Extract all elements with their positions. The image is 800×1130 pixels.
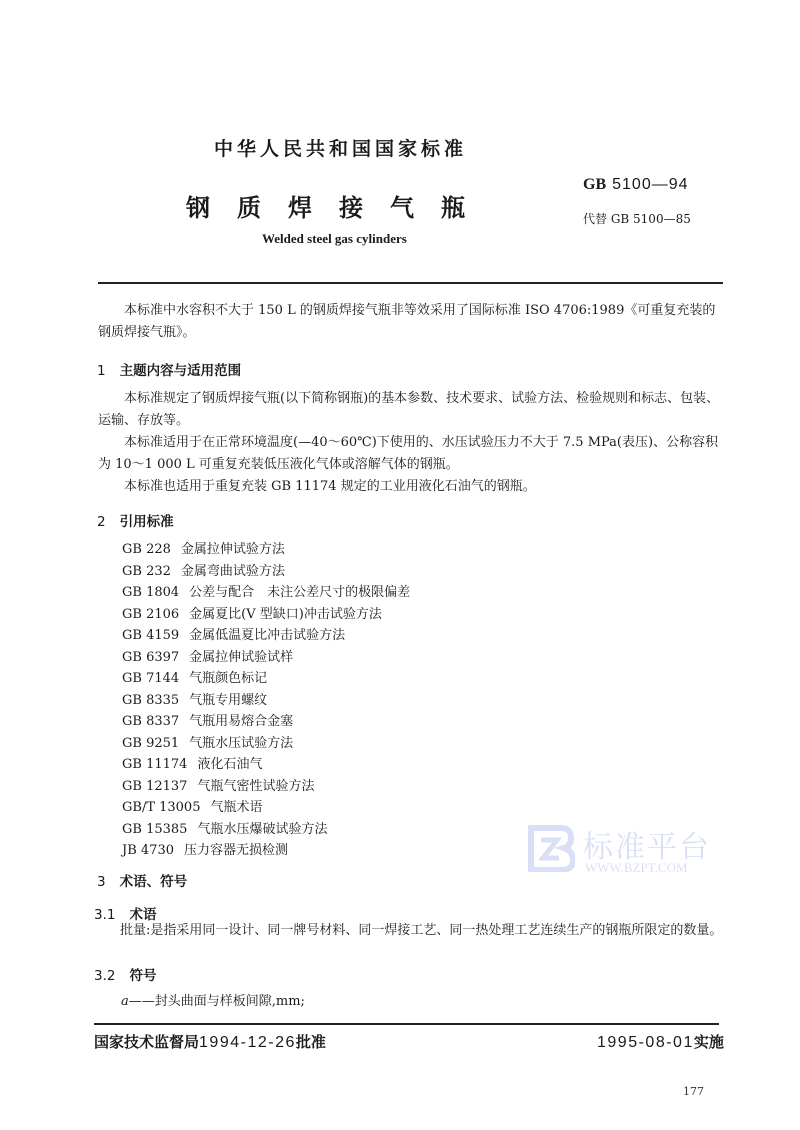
- approval-statement: 国家技术监督局1994-12-26批准: [94, 1031, 326, 1052]
- reference-code: GB 2106: [122, 604, 179, 626]
- reference-title: 气瓶颜色标记: [189, 671, 267, 686]
- reference-item: GB 7144气瓶颜色标记: [122, 668, 410, 690]
- reference-item: GB 11174液化石油气: [122, 754, 410, 776]
- reference-title: 液化石油气: [197, 757, 262, 772]
- reference-title: 气瓶水压爆破试验方法: [197, 822, 327, 837]
- section-title: 主题内容与适用范围: [120, 363, 242, 379]
- section-2-heading: 2引用标准: [97, 510, 174, 530]
- reference-code: GB 7144: [122, 668, 179, 690]
- reference-title: 公差与配合 未注公差尺寸的极限偏差: [189, 585, 410, 600]
- standard-code-prefix: GB: [583, 176, 606, 193]
- reference-code: GB 4159: [122, 625, 179, 647]
- symbol-description: ——封头曲面与样板间隙,mm;: [129, 994, 305, 1009]
- reference-code: GB 228: [122, 539, 171, 561]
- watermark: 标准平台 WWW.BZPT.COM: [527, 822, 727, 880]
- reference-item: GB 15385气瓶水压爆破试验方法: [122, 819, 410, 841]
- reference-item: GB 9251气瓶水压试验方法: [122, 733, 410, 755]
- reference-title: 气瓶术语: [210, 800, 262, 815]
- reference-title: 金属夏比(V 型缺口)冲击试验方法: [189, 607, 382, 622]
- reference-code: GB 12137: [122, 776, 187, 798]
- section-3-1-definition: 批量:是指采用同一设计、同一牌号材料、同一焊接工艺、同一热处理工艺连续生产的钢瓶…: [94, 920, 724, 942]
- reference-code: GB 8337: [122, 711, 179, 733]
- reference-list: GB 228金属拉伸试验方法 GB 232金属弯曲试验方法 GB 1804公差与…: [122, 539, 410, 862]
- document-title-cn: 钢质焊接气瓶: [186, 188, 492, 223]
- reference-title: 气瓶专用螺纹: [189, 693, 267, 708]
- subsection-title: 符号: [129, 968, 156, 984]
- reference-item: GB 228金属拉伸试验方法: [122, 539, 410, 561]
- reference-title: 金属拉伸试验试样: [189, 650, 293, 665]
- section-1-heading: 1主题内容与适用范围: [97, 359, 241, 379]
- reference-code: GB 11174: [122, 754, 187, 776]
- reference-item: GB 6397金属拉伸试验试样: [122, 647, 410, 669]
- reference-title: 金属拉伸试验方法: [181, 542, 285, 557]
- reference-item: GB/T 13005气瓶术语: [122, 797, 410, 819]
- section-1-paragraph-3: 本标准也适用于重复充装 GB 11174 规定的工业用液化石油气的钢瓶。: [98, 476, 723, 498]
- standard-code: GB5100—94: [583, 174, 689, 194]
- effective-date: 1995-08-01: [597, 1034, 694, 1051]
- section-number: 2: [97, 514, 106, 530]
- reference-code: GB 232: [122, 561, 171, 583]
- symbol-definition: a——封头曲面与样板间隙,mm;: [121, 990, 305, 1009]
- footer-divider: [94, 1023, 719, 1025]
- reference-item: GB 4159金属低温夏比冲击试验方法: [122, 625, 410, 647]
- reference-title: 气瓶气密性试验方法: [197, 779, 314, 794]
- issuer: 国家技术监督局: [94, 1033, 199, 1051]
- watermark-url: WWW.BZPT.COM: [585, 860, 688, 876]
- reference-item: JB 4730压力容器无损检测: [122, 840, 410, 862]
- bzpt-logo-icon: [527, 824, 575, 872]
- intro-paragraph: 本标准中水容积不大于 150 L 的钢质焊接气瓶非等效采用了国际标准 ISO 4…: [98, 300, 723, 344]
- standard-code-number: 5100—94: [612, 176, 688, 193]
- section-title: 引用标准: [120, 514, 174, 530]
- reference-item: GB 8335气瓶专用螺纹: [122, 690, 410, 712]
- symbol: a: [121, 994, 129, 1009]
- approval-date: 1994-12-26: [199, 1034, 296, 1051]
- reference-title: 气瓶用易熔合金塞: [189, 714, 293, 729]
- effective-statement: 1995-08-01实施: [597, 1031, 724, 1052]
- reference-item: GB 12137气瓶气密性试验方法: [122, 776, 410, 798]
- document-title-en: Welded steel gas cylinders: [262, 231, 407, 247]
- reference-code: GB 6397: [122, 647, 179, 669]
- section-1-paragraph-2: 本标准适用于在正常环境温度(—40～60℃)下使用的、水压试验压力不大于 7.5…: [98, 432, 723, 476]
- approval-suffix: 批准: [296, 1033, 326, 1051]
- section-3-2-heading: 3.2符号: [94, 964, 156, 984]
- subsection-number: 3.2: [94, 968, 115, 984]
- section-number: 1: [97, 363, 106, 379]
- reference-code: GB 8335: [122, 690, 179, 712]
- header-divider: [98, 282, 723, 284]
- section-3-heading: 3术语、符号: [97, 870, 187, 890]
- national-standard-label: 中华人民共和国国家标准: [214, 134, 467, 161]
- reference-item: GB 2106金属夏比(V 型缺口)冲击试验方法: [122, 604, 410, 626]
- reference-item: GB 1804公差与配合 未注公差尺寸的极限偏差: [122, 582, 410, 604]
- page-number: 177: [683, 1085, 704, 1098]
- effective-suffix: 实施: [694, 1033, 724, 1051]
- reference-title: 气瓶水压试验方法: [189, 736, 293, 751]
- reference-code: GB 1804: [122, 582, 179, 604]
- section-1-paragraph-1: 本标准规定了钢质焊接气瓶(以下简称钢瓶)的基本参数、技术要求、试验方法、检验规则…: [98, 388, 723, 432]
- reference-title: 金属低温夏比冲击试验方法: [189, 628, 345, 643]
- reference-item: GB 232金属弯曲试验方法: [122, 561, 410, 583]
- reference-code: GB/T 13005: [122, 797, 200, 819]
- reference-code: GB 15385: [122, 819, 187, 841]
- reference-title: 金属弯曲试验方法: [181, 564, 285, 579]
- reference-code: GB 9251: [122, 733, 179, 755]
- reference-code: JB 4730: [122, 840, 174, 862]
- section-title: 术语、符号: [120, 874, 188, 890]
- reference-item: GB 8337气瓶用易熔合金塞: [122, 711, 410, 733]
- reference-title: 压力容器无损检测: [184, 843, 288, 858]
- replaces-standard: 代替 GB 5100—85: [583, 210, 691, 227]
- section-number: 3: [97, 874, 106, 890]
